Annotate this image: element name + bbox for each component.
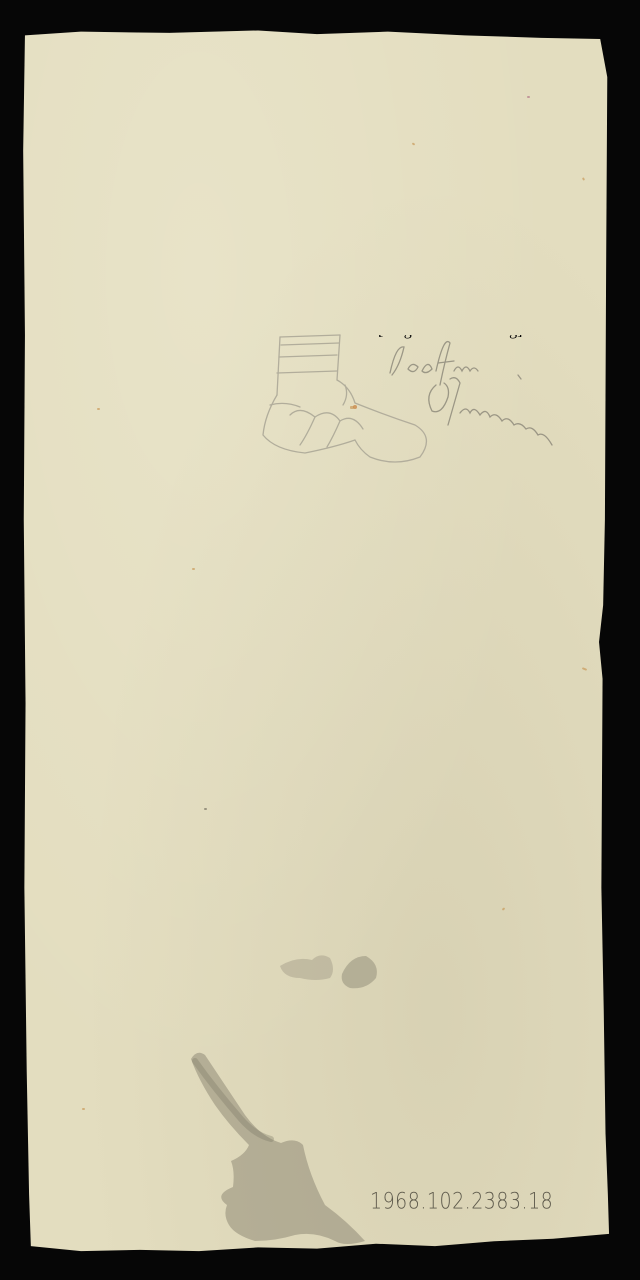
paper-fiber [82, 1108, 85, 1110]
paper-fiber [582, 667, 587, 671]
paper-fiber [412, 142, 416, 145]
paper-fiber [192, 568, 195, 570]
handwritten-inscription: [illegible handwriting] [378, 335, 568, 465]
water-stain [276, 944, 388, 996]
water-stain-large [185, 1045, 405, 1255]
paper-fiber [97, 408, 100, 410]
accession-number: 1968.102.2383.18 [370, 1189, 553, 1214]
inscription-text: [illegible handwriting] [378, 335, 522, 339]
photograph: [illegible handwriting] 1968.102.2383.18 [0, 0, 640, 1280]
paper-fiber [582, 177, 585, 181]
paper-fiber [204, 808, 207, 810]
paper-fiber [502, 907, 506, 910]
paper-fiber [527, 96, 530, 98]
